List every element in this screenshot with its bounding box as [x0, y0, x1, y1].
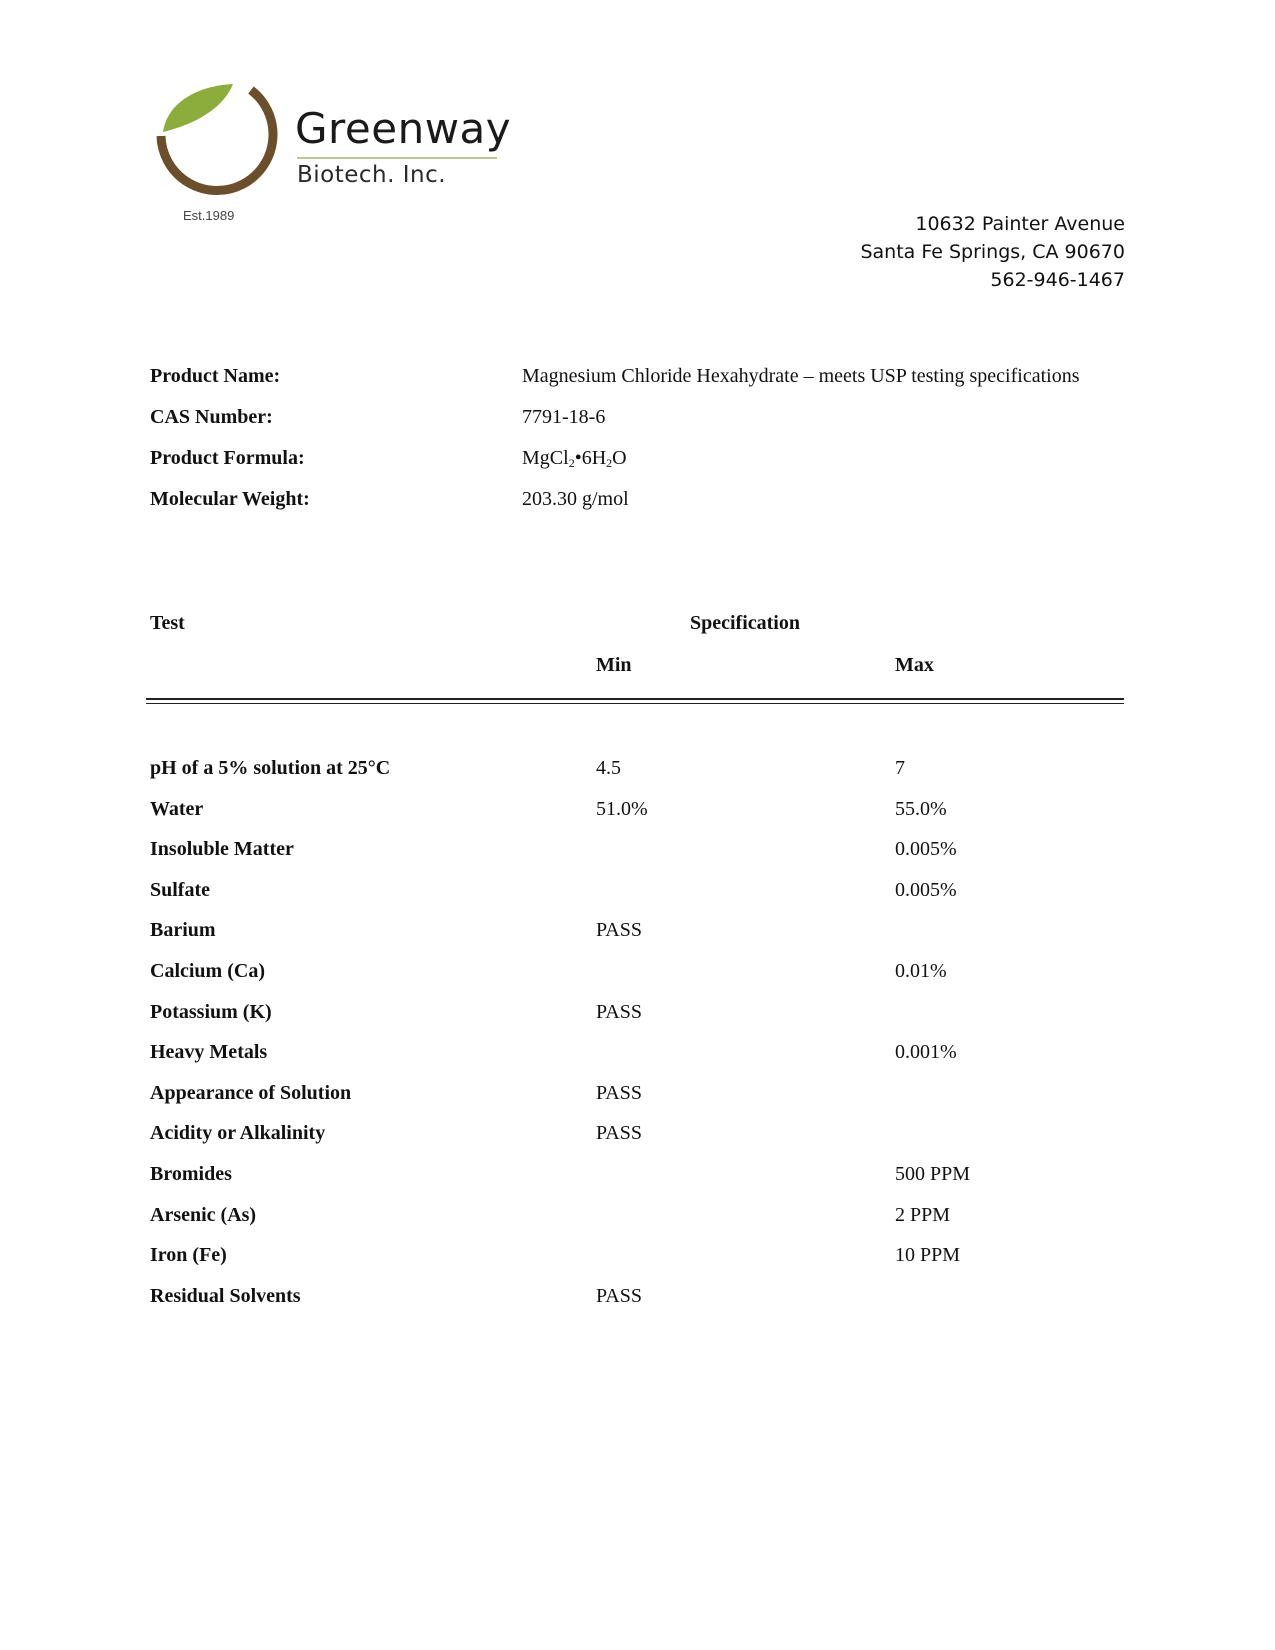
spec-subheader-row: Min Max [146, 654, 1124, 696]
max-value: 7 [895, 757, 905, 780]
product-name-value: Magnesium Chloride Hexahydrate – meets U… [522, 365, 1150, 388]
test-name: Sulfate [150, 879, 210, 902]
table-row: Acidity or AlkalinityPASS [146, 1122, 1124, 1163]
product-formula-row: Product Formula: MgCl2•6H2O [150, 447, 1150, 488]
company-logo: Greenway Biotech. Inc. Est.1989 [155, 82, 495, 232]
min-value: PASS [596, 1082, 642, 1105]
table-row: Potassium (K)PASS [146, 1001, 1124, 1042]
test-name: Acidity or Alkalinity [150, 1122, 325, 1145]
company-subtitle: Biotech. Inc. [297, 162, 446, 188]
product-formula-label: Product Formula: [150, 447, 522, 470]
test-name: Insoluble Matter [150, 838, 294, 861]
specification-table: Test Specification Min Max pH of a 5% so… [146, 612, 1124, 1325]
max-value: 0.01% [895, 960, 947, 983]
header-specification: Specification [690, 612, 800, 635]
test-name: Appearance of Solution [150, 1082, 351, 1105]
table-row: Bromides500 PPM [146, 1163, 1124, 1204]
max-value: 10 PPM [895, 1244, 960, 1267]
table-row: BariumPASS [146, 919, 1124, 960]
table-row: Heavy Metals0.001% [146, 1041, 1124, 1082]
address-phone: 562-946-1467 [860, 266, 1125, 294]
max-value: 2 PPM [895, 1204, 950, 1227]
product-name-row: Product Name: Magnesium Chloride Hexahyd… [150, 365, 1150, 406]
formula-part: O [612, 447, 626, 469]
max-value: 0.005% [895, 838, 957, 861]
test-name: Bromides [150, 1163, 232, 1186]
product-info: Product Name: Magnesium Chloride Hexahyd… [150, 365, 1150, 529]
min-value: PASS [596, 1285, 642, 1308]
test-name: Calcium (Ca) [150, 960, 265, 983]
product-formula-value: MgCl2•6H2O [522, 447, 1150, 471]
logo-divider [297, 157, 497, 159]
min-value: PASS [596, 919, 642, 942]
min-value: PASS [596, 1001, 642, 1024]
min-value: 4.5 [596, 757, 621, 780]
test-name: Heavy Metals [150, 1041, 267, 1064]
header-divider [146, 698, 1124, 704]
spec-table-body: pH of a 5% solution at 25°C4.57Water51.0… [146, 757, 1124, 1325]
spec-header-row: Test Specification [146, 612, 1124, 654]
test-name: Arsenic (As) [150, 1204, 256, 1227]
table-row: Arsenic (As)2 PPM [146, 1204, 1124, 1245]
test-name: Potassium (K) [150, 1001, 272, 1024]
product-name-label: Product Name: [150, 365, 522, 388]
cas-number-value: 7791-18-6 [522, 406, 1150, 429]
header-max: Max [895, 654, 934, 677]
cas-number-label: CAS Number: [150, 406, 522, 429]
leaf-ring-icon [155, 82, 290, 212]
formula-part: •6H [575, 447, 606, 469]
min-value: 51.0% [596, 798, 648, 821]
company-address: 10632 Painter Avenue Santa Fe Springs, C… [860, 210, 1125, 294]
molecular-weight-row: Molecular Weight: 203.30 g/mol [150, 488, 1150, 529]
table-row: Appearance of SolutionPASS [146, 1082, 1124, 1123]
cas-number-row: CAS Number: 7791-18-6 [150, 406, 1150, 447]
header-test: Test [150, 612, 185, 635]
table-row: Iron (Fe)10 PPM [146, 1244, 1124, 1285]
max-value: 500 PPM [895, 1163, 970, 1186]
test-name: Water [150, 798, 203, 821]
test-name: Barium [150, 919, 216, 942]
table-row: pH of a 5% solution at 25°C4.57 [146, 757, 1124, 798]
molecular-weight-label: Molecular Weight: [150, 488, 522, 511]
max-value: 0.001% [895, 1041, 957, 1064]
molecular-weight-value: 203.30 g/mol [522, 488, 1150, 511]
established-year: Est.1989 [183, 208, 234, 223]
table-row: Residual SolventsPASS [146, 1285, 1124, 1326]
test-name: Residual Solvents [150, 1285, 301, 1308]
address-street: 10632 Painter Avenue [860, 210, 1125, 238]
table-row: Sulfate0.005% [146, 879, 1124, 920]
table-row: Water51.0%55.0% [146, 798, 1124, 839]
max-value: 0.005% [895, 879, 957, 902]
address-city: Santa Fe Springs, CA 90670 [860, 238, 1125, 266]
header-min: Min [596, 654, 632, 677]
table-row: Calcium (Ca)0.01% [146, 960, 1124, 1001]
test-name: Iron (Fe) [150, 1244, 227, 1267]
test-name: pH of a 5% solution at 25°C [150, 757, 390, 780]
min-value: PASS [596, 1122, 642, 1145]
company-name: Greenway [295, 104, 511, 153]
max-value: 55.0% [895, 798, 947, 821]
table-row: Insoluble Matter0.005% [146, 838, 1124, 879]
formula-part: MgCl [522, 447, 569, 469]
